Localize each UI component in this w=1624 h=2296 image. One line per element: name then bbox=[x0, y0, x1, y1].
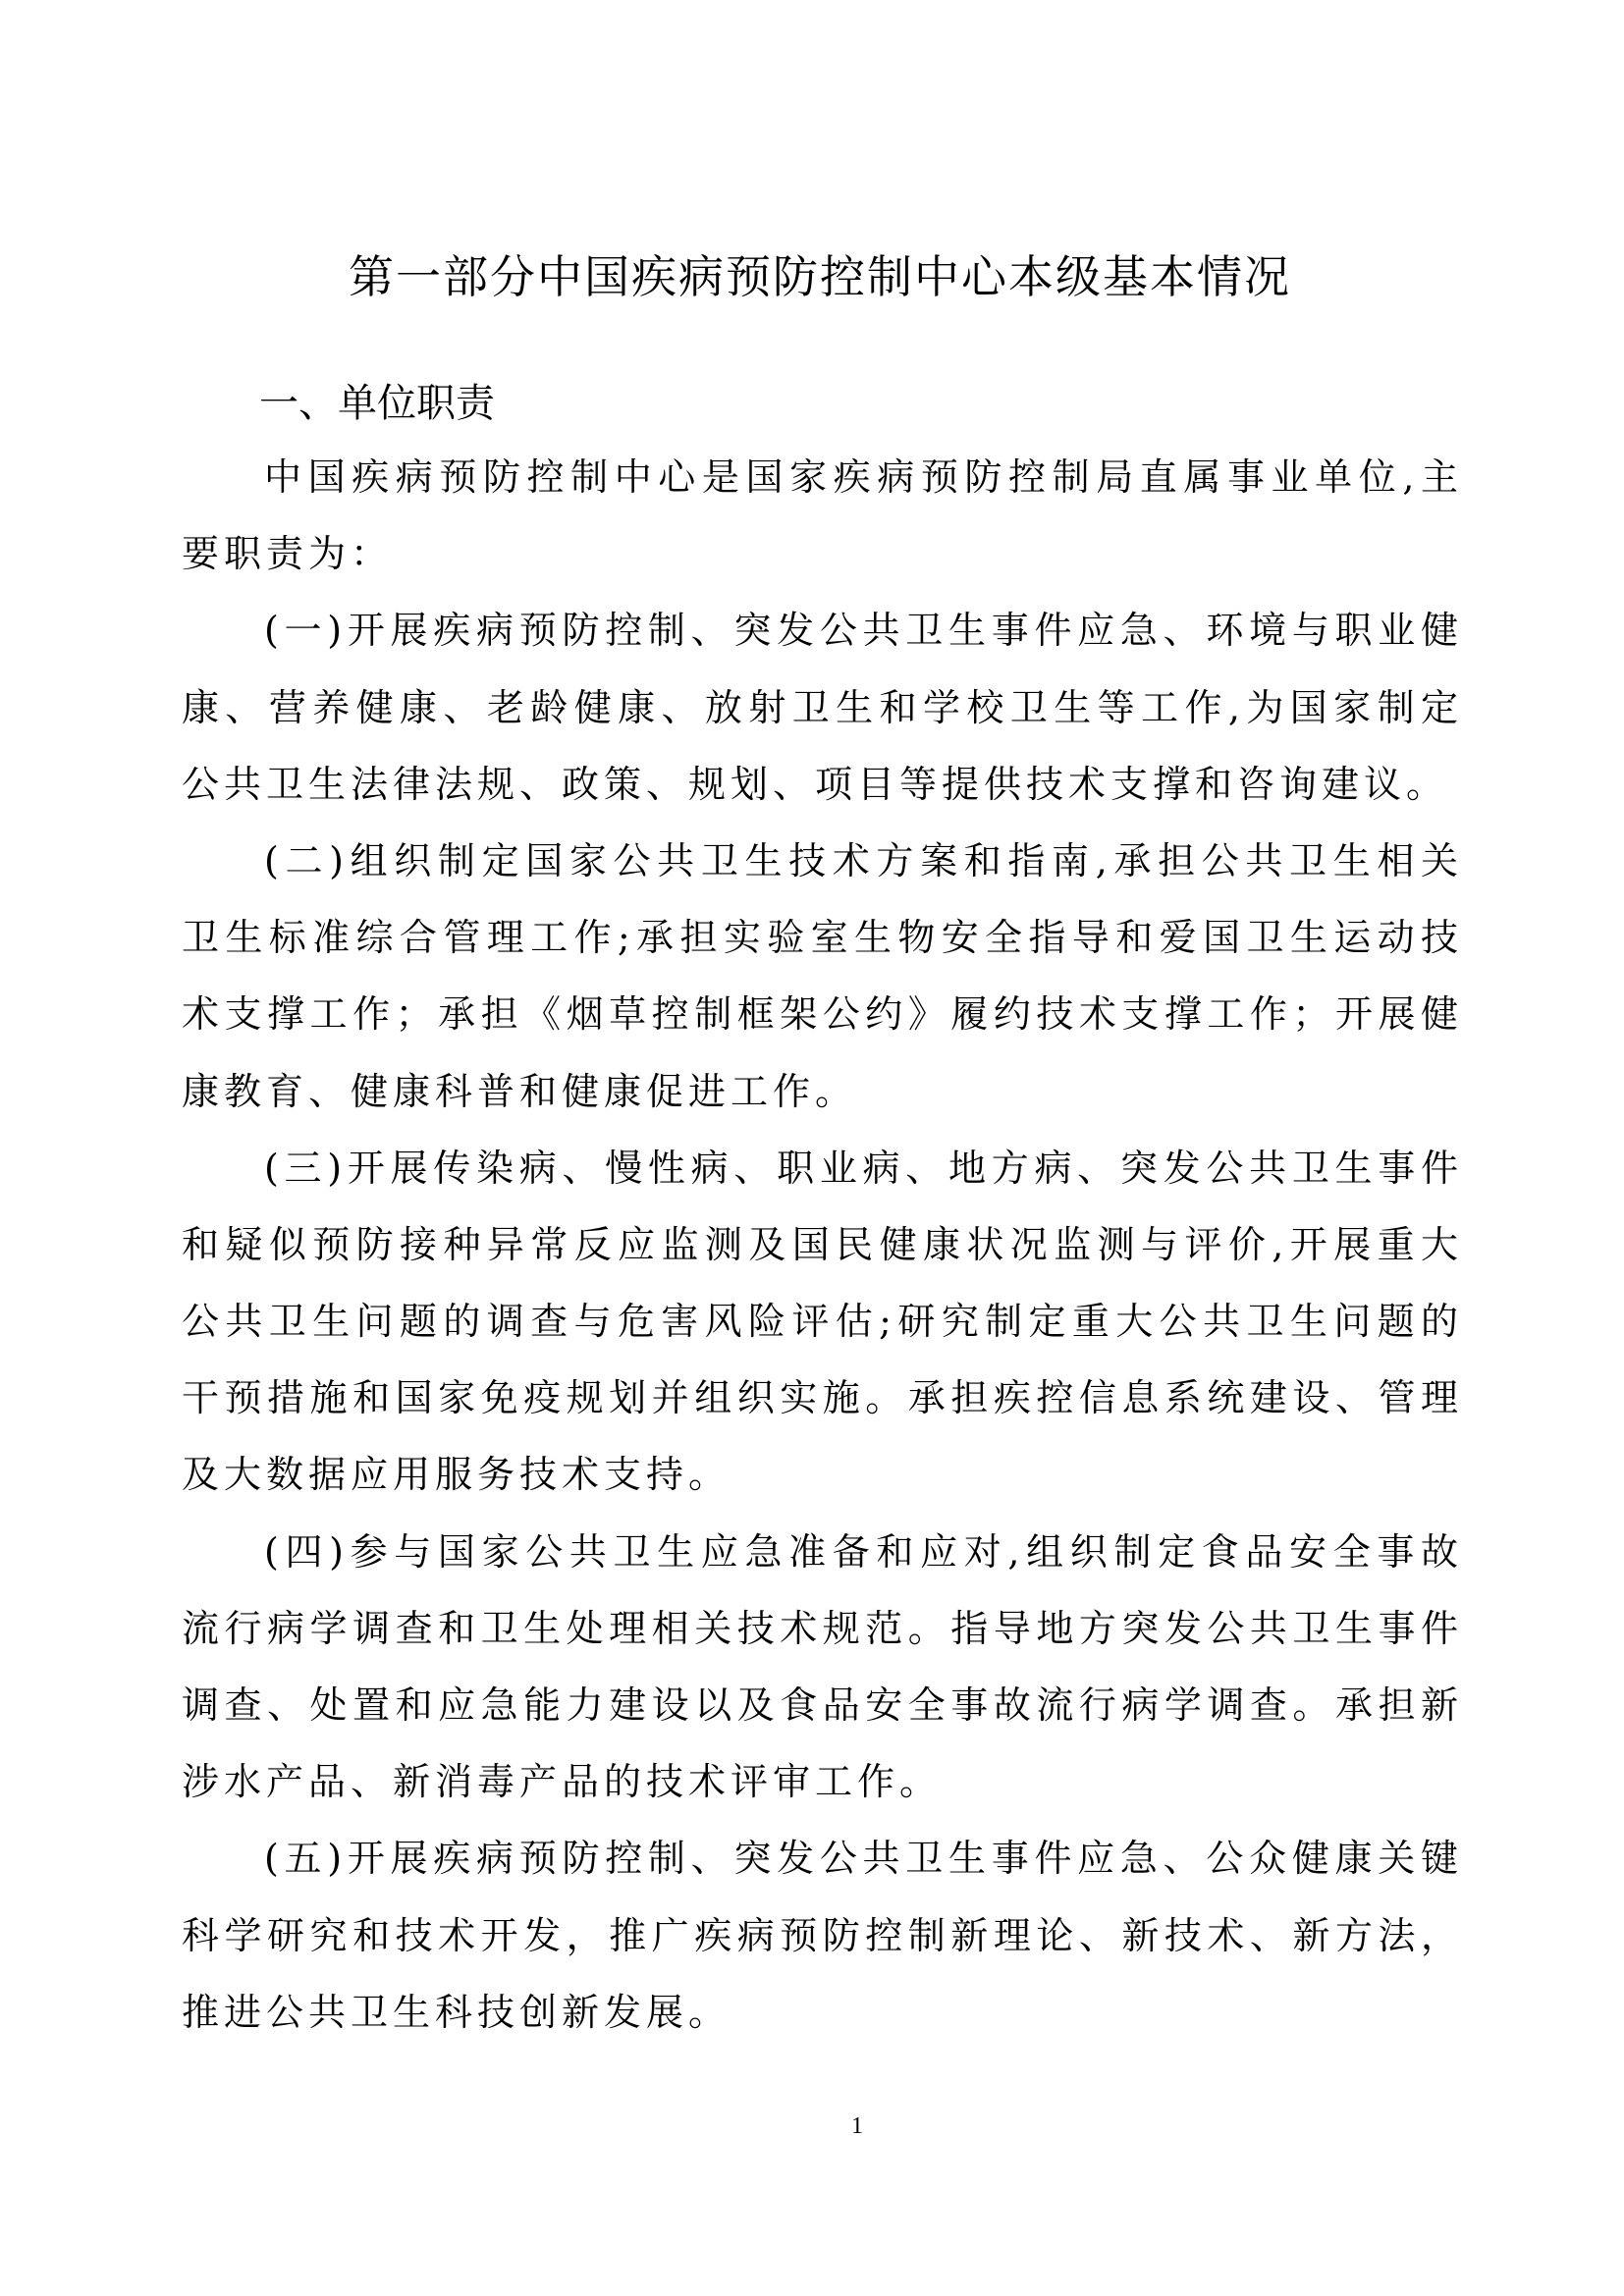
text-line: (一)开展疾病预防控制、突发公共卫生事件应急、环境与职业健 bbox=[182, 608, 1458, 684]
text-line: 和疑似预防接种异常反应监测及国民健康状况监测与评价,开展重大 bbox=[182, 1222, 1458, 1299]
paragraph-duty-5: (五)开展疾病预防控制、突发公共卫生事件应急、公众健康关键 科学研究和技术开发，… bbox=[182, 1836, 1458, 2066]
text-line: 流行病学调查和卫生处理相关技术规范。指导地方突发公共卫生事件 bbox=[182, 1606, 1458, 1682]
text-line: 康教育、健康科普和健康促进工作。 bbox=[182, 1069, 1458, 1146]
text-line: 中国疾病预防控制中心是国家疾病预防控制局直属事业单位,主 bbox=[182, 454, 1458, 531]
page-number: 1 bbox=[838, 2109, 877, 2144]
text-line: 涉水产品、新消毒产品的技术评审工作。 bbox=[182, 1759, 1458, 1836]
text-line: 卫生标准综合管理工作;承担实验室生物安全指导和爱国卫生运动技 bbox=[182, 915, 1458, 991]
paragraph-duty-3: (三)开展传染病、慢性病、职业病、地方病、突发公共卫生事件 和疑似预防接种异常反… bbox=[182, 1146, 1458, 1529]
text-line: 调查、处置和应急能力建设以及食品安全事故流行病学调查。承担新 bbox=[182, 1682, 1458, 1759]
paragraph-intro: 中国疾病预防控制中心是国家疾病预防控制局直属事业单位,主 要职责为： bbox=[182, 454, 1458, 608]
text-line: (四)参与国家公共卫生应急准备和应对,组织制定食品安全事故 bbox=[182, 1529, 1458, 1606]
section-heading: 一、单位职责 bbox=[259, 379, 495, 428]
text-line: 要职责为： bbox=[182, 531, 1458, 608]
text-line: 康、营养健康、老龄健康、放射卫生和学校卫生等工作,为国家制定 bbox=[182, 685, 1458, 762]
paragraph-duty-4: (四)参与国家公共卫生应急准备和应对,组织制定食品安全事故 流行病学调查和卫生处… bbox=[182, 1529, 1458, 1837]
text-line: 干预措施和国家免疫规划并组织实施。承担疾控信息系统建设、管理 bbox=[182, 1375, 1458, 1452]
text-line: 公共卫生法律法规、政策、规划、项目等提供技术支撑和咨询建议。 bbox=[182, 762, 1458, 838]
paragraph-duty-2: (二)组织制定国家公共卫生技术方案和指南,承担公共卫生相关 卫生标准综合管理工作… bbox=[182, 838, 1458, 1146]
paragraph-duty-1: (一)开展疾病预防控制、突发公共卫生事件应急、环境与职业健 康、营养健康、老龄健… bbox=[182, 608, 1458, 838]
text-line: 术支撑工作；承担《烟草控制框架公约》履约技术支撑工作；开展健 bbox=[182, 991, 1458, 1068]
text-line: 及大数据应用服务技术支持。 bbox=[182, 1452, 1458, 1528]
text-line: (二)组织制定国家公共卫生技术方案和指南,承担公共卫生相关 bbox=[182, 838, 1458, 915]
text-line: 科学研究和技术开发，推广疾病预防控制新理论、新技术、新方法， bbox=[182, 1913, 1458, 1990]
text-line: (五)开展疾病预防控制、突发公共卫生事件应急、公众健康关键 bbox=[182, 1836, 1458, 1912]
text-line: 推进公共卫生科技创新发展。 bbox=[182, 1990, 1458, 2066]
text-line: 公共卫生问题的调查与危害风险评估;研究制定重大公共卫生问题的 bbox=[182, 1299, 1458, 1375]
document-page: 第一部分中国疾病预防控制中心本级基本情况 一、单位职责 中国疾病预防控制中心是国… bbox=[0, 0, 1624, 2296]
text-line: (三)开展传染病、慢性病、职业病、地方病、突发公共卫生事件 bbox=[182, 1146, 1458, 1222]
page-title: 第一部分中国疾病预防控制中心本级基本情况 bbox=[182, 249, 1458, 304]
document-body: 中国疾病预防控制中心是国家疾病预防控制局直属事业单位,主 要职责为： (一)开展… bbox=[182, 454, 1458, 2066]
